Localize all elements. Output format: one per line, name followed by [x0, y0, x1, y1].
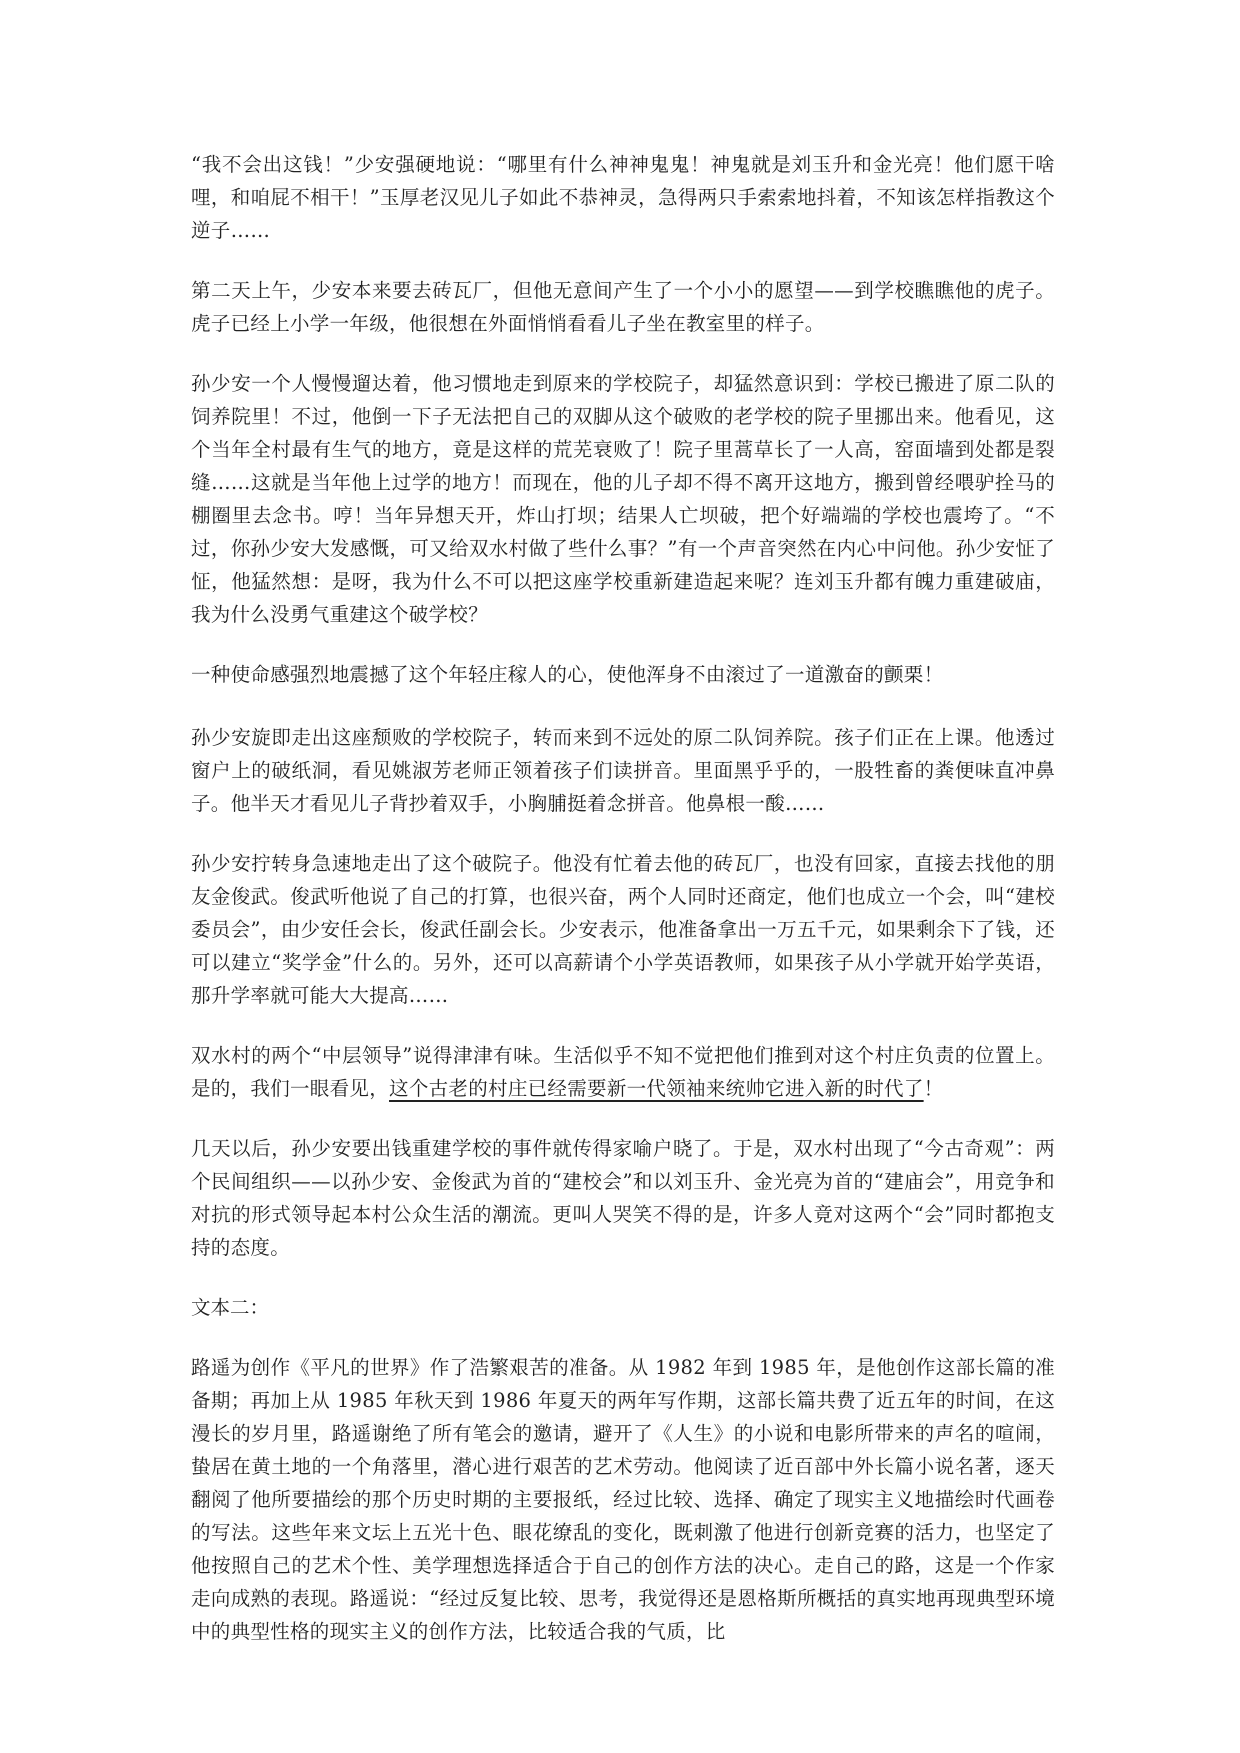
- section-heading-text-two: 文本二：: [191, 1291, 1055, 1324]
- paragraph-6: 孙少安拧转身急速地走出了这个破院子。他没有忙着去他的砖瓦厂，也没有回家，直接去找…: [191, 847, 1055, 1012]
- paragraph-1: “我不会出这钱！”少安强硬地说：“哪里有什么神神鬼鬼！神鬼就是刘玉升和金光亮！他…: [191, 148, 1055, 247]
- paragraph-4: 一种使命感强烈地震撼了这个年轻庄稼人的心，使他浑身不由滚过了一道激奋的颤栗！: [191, 658, 1055, 691]
- paragraph-8: 几天以后，孙少安要出钱重建学校的事件就传得家喻户晓了。于是，双水村出现了“今古奇…: [191, 1132, 1055, 1264]
- underlined-sentence: 这个古老的村庄已经需要新一代领袖来统帅它进入新的时代了: [389, 1077, 924, 1100]
- paragraph-7: 双水村的两个“中层领导”说得津津有味。生活似乎不知不觉把他们推到对这个村庄负责的…: [191, 1039, 1055, 1105]
- section2-paragraph: 路遥为创作《平凡的世界》作了浩繁艰苦的准备。从 1982 年到 1985 年，是…: [191, 1351, 1055, 1648]
- paragraph-7-tail: ！: [924, 1077, 944, 1100]
- paragraph-2: 第二天上午，少安本来要去砖瓦厂，但他无意间产生了一个小小的愿望——到学校瞧瞧他的…: [191, 274, 1055, 340]
- paragraph-5: 孙少安旋即走出这座颓败的学校院子，转而来到不远处的原二队饲养院。孩子们正在上课。…: [191, 721, 1055, 820]
- paragraph-3: 孙少安一个人慢慢遛达着，他习惯地走到原来的学校院子，却猛然意识到：学校已搬进了原…: [191, 367, 1055, 631]
- document-page: “我不会出这钱！”少安强硬地说：“哪里有什么神神鬼鬼！神鬼就是刘玉升和金光亮！他…: [191, 148, 1055, 1675]
